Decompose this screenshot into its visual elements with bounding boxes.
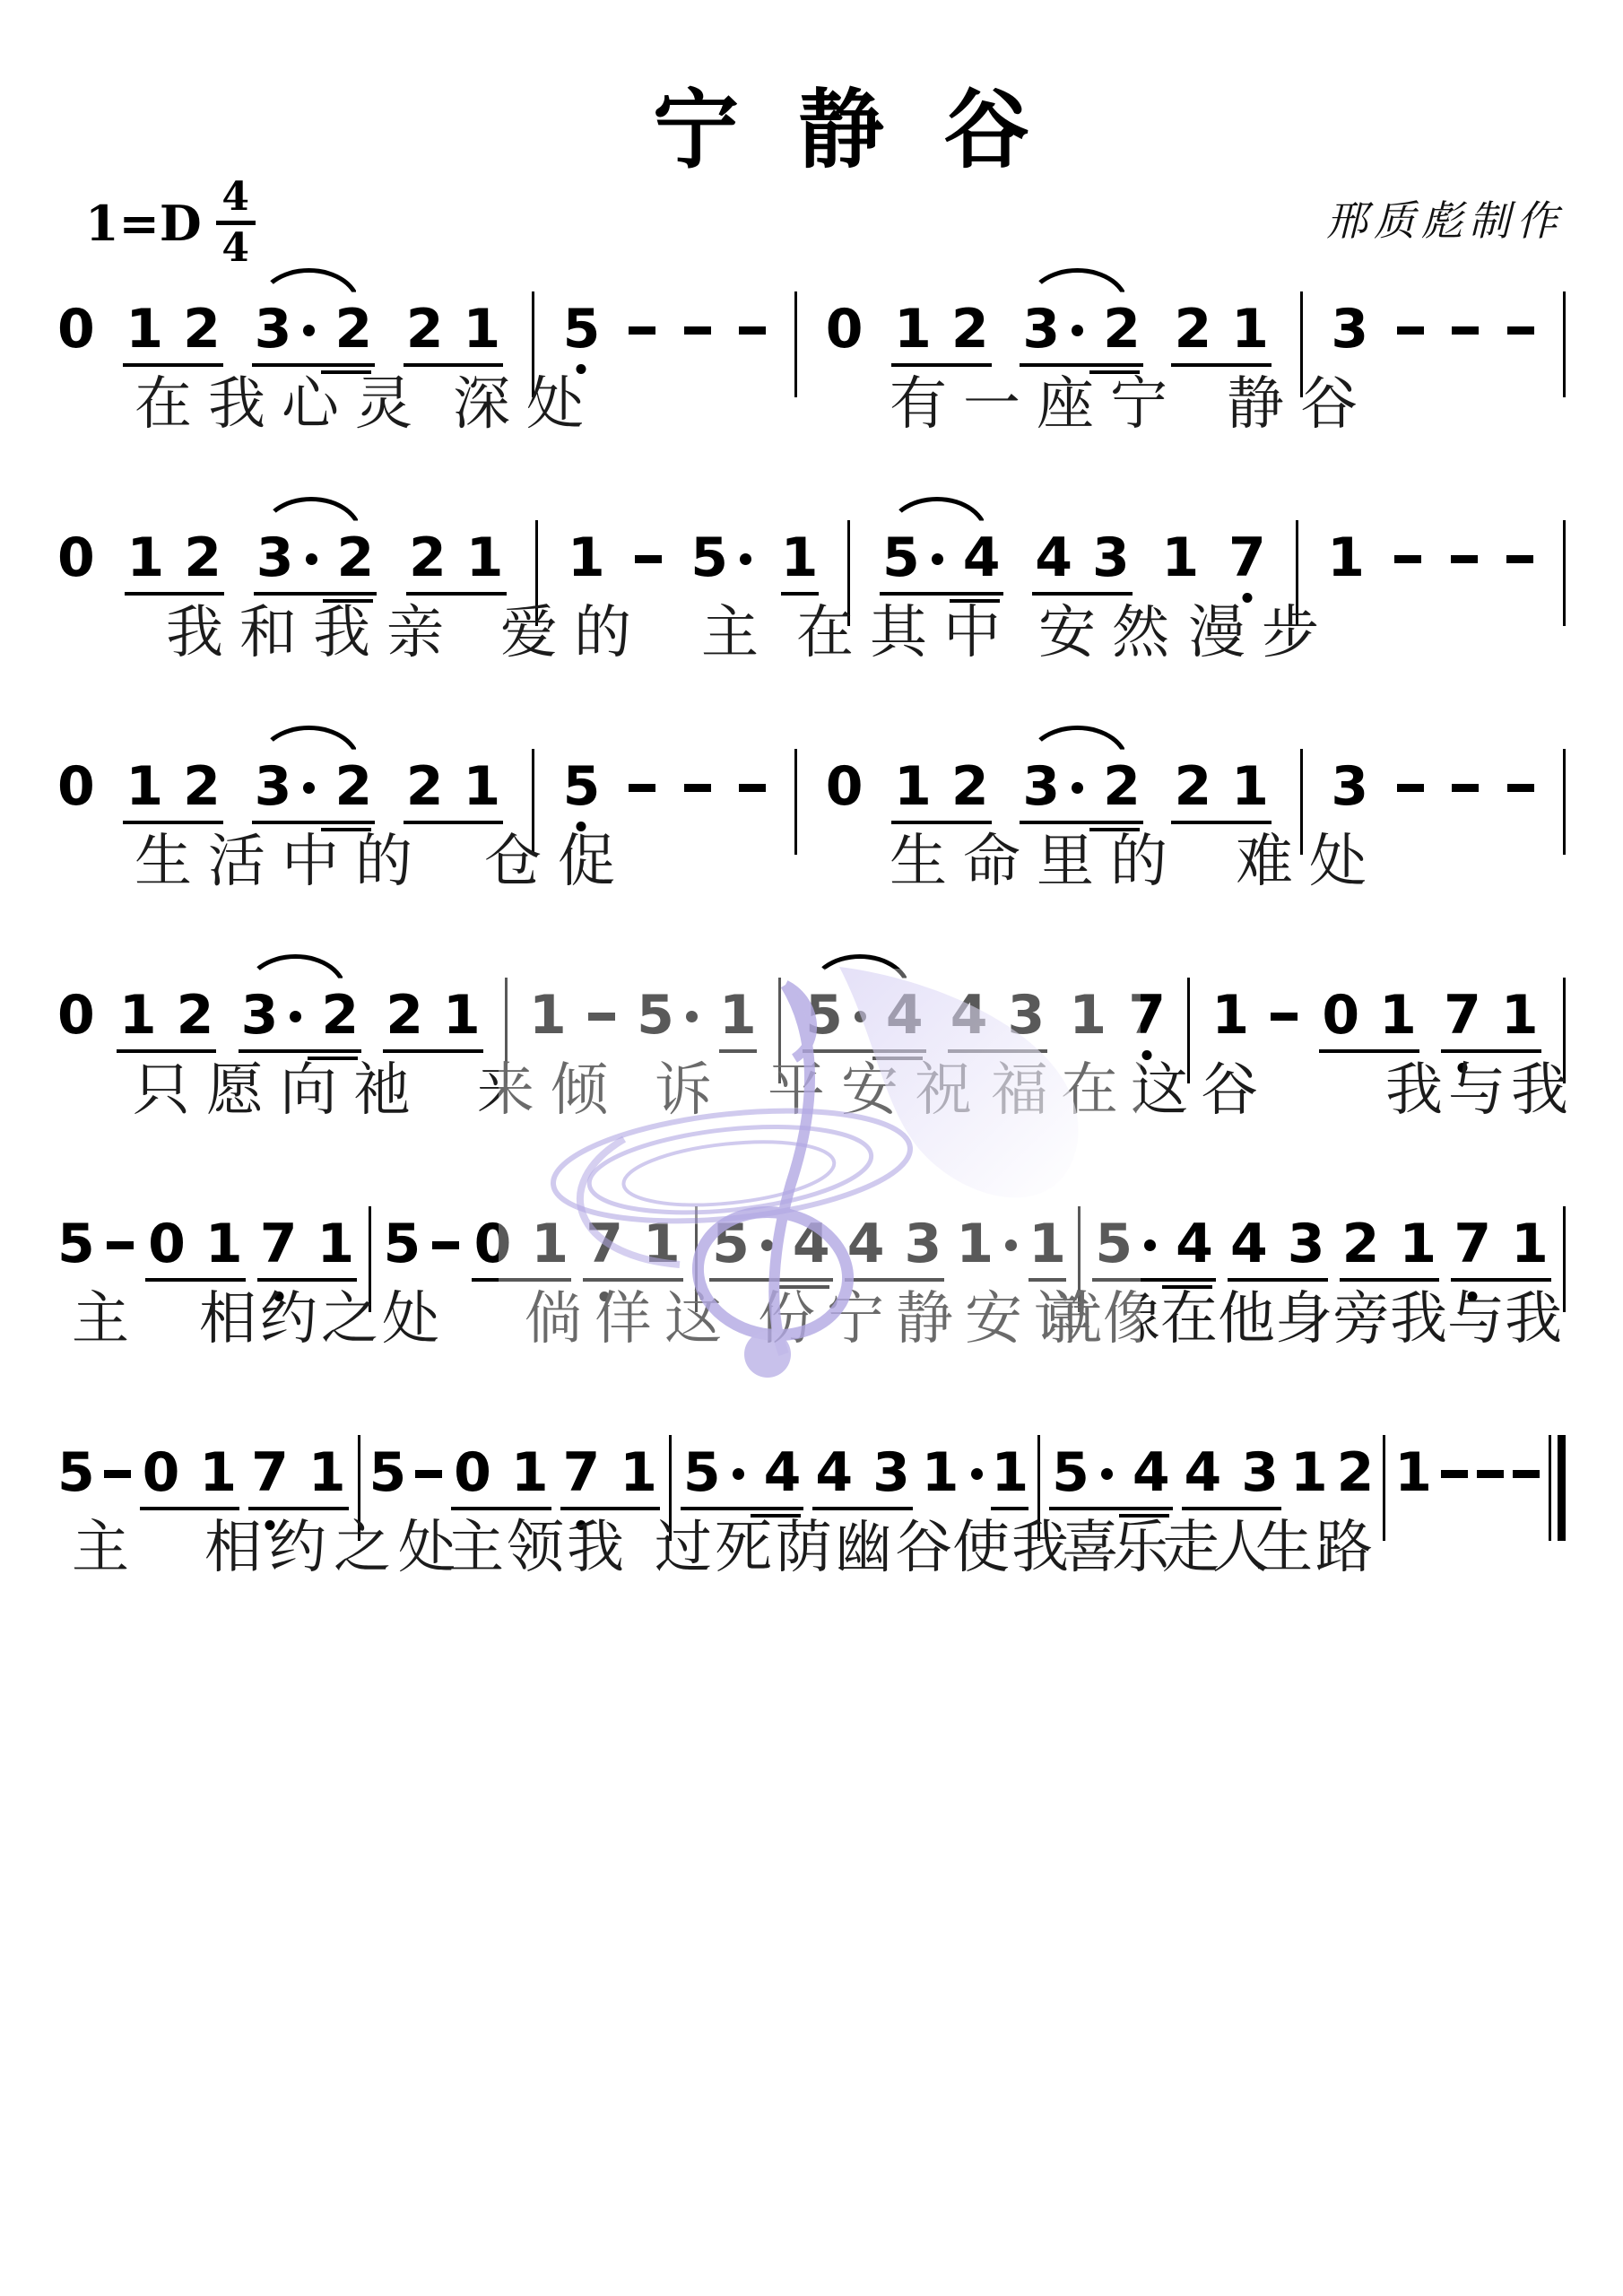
- note-1: 1: [205, 1217, 243, 1271]
- note-1: 1: [464, 302, 501, 356]
- note-1: 1: [464, 760, 501, 813]
- note-4: 4: [1230, 1217, 1268, 1271]
- note-0: 0: [57, 302, 95, 356]
- beam-group: 12: [891, 760, 992, 824]
- note-1: 1: [308, 1446, 346, 1500]
- lyric-segment: 我与我: [1385, 1058, 1574, 1125]
- note-digit: 3: [1241, 1446, 1279, 1500]
- lyric-segment: 难处: [1236, 830, 1383, 896]
- note-digit: 3: [1022, 302, 1060, 356]
- note-digit: 1: [620, 1446, 657, 1500]
- note-digit: 1: [317, 1217, 354, 1271]
- note-5: 5: [882, 531, 943, 585]
- beam-group: 32: [239, 988, 362, 1053]
- note-digit: 1: [127, 531, 165, 585]
- note-0: 0: [57, 988, 95, 1042]
- beam-group: 21: [1171, 302, 1271, 367]
- note-digit: 2: [184, 531, 221, 585]
- note-7: 7: [260, 1217, 298, 1271]
- note-5: 5: [712, 1217, 773, 1271]
- beam-group: 54: [880, 531, 1003, 596]
- beam-group: 21: [1171, 760, 1271, 824]
- note-digit: 7: [1454, 1217, 1491, 1271]
- note-1: 1: [620, 1446, 657, 1500]
- note-digit: 2: [177, 988, 214, 1042]
- beam-group: 01: [145, 1217, 246, 1282]
- note-1: 1: [466, 531, 504, 585]
- note-digit: 1: [1379, 988, 1417, 1042]
- beam-group: 54: [803, 988, 926, 1053]
- note-digit: 2: [951, 302, 989, 356]
- lyric-segment: 生命里的: [890, 830, 1184, 896]
- dash-extension: [684, 326, 711, 335]
- note-digit: 3: [256, 531, 294, 585]
- note-0: 0: [57, 760, 95, 813]
- note-3: 3: [1331, 760, 1368, 813]
- note-1: 1: [1069, 988, 1107, 1042]
- note-3: 3: [1022, 760, 1083, 813]
- note-digit: 1: [531, 1217, 568, 1271]
- augmentation-dot: [303, 782, 315, 794]
- beam-group: 12: [891, 302, 992, 367]
- augmentation-dot: [740, 553, 751, 565]
- lyric-segment: 平安祝: [768, 1058, 988, 1125]
- note-digit: 2: [409, 531, 447, 585]
- lyrics-row: 我和我亲爱的主在其中安然漫步: [0, 601, 1623, 676]
- beam-group: 12: [123, 760, 223, 824]
- note-1: 1: [529, 988, 567, 1042]
- beam-group: 54: [1092, 1217, 1216, 1282]
- augmentation-dot: [761, 1239, 773, 1251]
- beam-group: 12: [117, 988, 217, 1053]
- dash-extension: [1507, 326, 1534, 335]
- system-3: 0123221501232213生活中的仓促生命里的难处: [0, 760, 1623, 966]
- dash-extension: [1513, 1470, 1540, 1478]
- note-digit: 0: [148, 1217, 186, 1271]
- note-2: 2: [334, 302, 372, 356]
- note-1: 1: [1379, 988, 1417, 1042]
- note-1: 1: [1394, 1446, 1432, 1500]
- note-1: 1: [1231, 302, 1269, 356]
- lyrics-row: 生活中的仓促生命里的难处: [0, 830, 1623, 905]
- note-1: 1: [119, 988, 157, 1042]
- note-digit: 0: [57, 531, 95, 585]
- augmentation-dot: [932, 553, 943, 565]
- note-3: 3: [255, 760, 316, 813]
- note-0: 0: [454, 1446, 491, 1500]
- note-1: 1: [1028, 1217, 1066, 1282]
- note-digit: 2: [406, 760, 444, 813]
- composer-credit: 邢质彪制作: [1326, 188, 1564, 248]
- note-digit: 4: [847, 1217, 885, 1271]
- note-digit: 3: [1288, 1217, 1325, 1271]
- beam-group: 43: [845, 1217, 945, 1282]
- augmentation-dot: [733, 1468, 744, 1480]
- note-digit: 3: [1092, 531, 1130, 585]
- note-digit: 1: [126, 760, 163, 813]
- beam-group: 43: [812, 1446, 913, 1510]
- beam-group: 43: [1032, 531, 1133, 596]
- note-digit: 7: [260, 1217, 298, 1271]
- note-2: 2: [1174, 760, 1211, 813]
- note-3: 3: [872, 1446, 910, 1500]
- note-3: 3: [1092, 531, 1130, 585]
- dash-extension: [1394, 555, 1421, 563]
- note-5: 5: [683, 1446, 744, 1500]
- lyric-segment: 诉: [655, 1058, 728, 1125]
- beam-group: 32: [252, 760, 376, 824]
- note-1: 1: [126, 302, 163, 356]
- lyric-segment: 相约之处: [199, 1287, 443, 1353]
- beam-group: 21: [404, 302, 504, 367]
- note-5: 5: [57, 1446, 95, 1500]
- lyric-segment: 主领我: [447, 1516, 627, 1582]
- time-signature: 4 4: [216, 178, 256, 268]
- beam-group: 71: [560, 1446, 661, 1510]
- note-1: 1: [511, 1446, 549, 1500]
- note-digit: 5: [805, 988, 843, 1042]
- note-digit: 1: [205, 1217, 243, 1271]
- note-digit: 5: [57, 1446, 95, 1500]
- lyric-segment: 主: [72, 1516, 145, 1582]
- augmentation-dot: [1144, 1239, 1156, 1251]
- note-1: 1: [991, 1446, 1028, 1510]
- note-digit: 1: [1211, 988, 1249, 1042]
- dash-extension: [684, 784, 711, 792]
- dash-extension: [1271, 1013, 1298, 1021]
- note-digit: 2: [386, 988, 423, 1042]
- note-digit: 4: [886, 988, 924, 1042]
- note-7: 7: [251, 1446, 289, 1500]
- note-2: 2: [337, 531, 375, 585]
- augmentation-dot: [303, 325, 315, 336]
- page-title: 宁静谷: [0, 83, 1623, 178]
- note-digit: 1: [1290, 1446, 1328, 1500]
- note-digit: 2: [951, 760, 989, 813]
- dash-extension: [1507, 784, 1534, 792]
- note-0: 0: [826, 760, 864, 813]
- note-digit: 5: [882, 531, 920, 585]
- note-digit: 1: [511, 1446, 549, 1500]
- lyric-segment: 静谷: [1227, 372, 1374, 439]
- note-3: 3: [1288, 1217, 1325, 1271]
- lyric-segment: 生路: [1255, 1516, 1376, 1582]
- note-digit: 5: [712, 1217, 750, 1271]
- beam-group: 01: [1319, 988, 1419, 1053]
- beam-group: 21: [406, 531, 507, 596]
- beam-group: 21: [383, 988, 483, 1053]
- note-digit: 5: [563, 760, 601, 813]
- note-1: 1: [894, 302, 932, 356]
- note-5: 5: [563, 302, 601, 356]
- augmentation-dot: [1005, 1239, 1017, 1251]
- note-3: 3: [256, 531, 317, 585]
- note-4: 4: [1185, 1446, 1222, 1500]
- note-digit: 0: [57, 760, 95, 813]
- note-digit: 5: [369, 1446, 406, 1500]
- note-2: 2: [406, 760, 444, 813]
- augmentation-dot: [306, 553, 317, 565]
- note-digit: 7: [1444, 988, 1481, 1042]
- note-digit: 0: [454, 1446, 491, 1500]
- note-digit: 4: [1176, 1217, 1213, 1271]
- note-digit: 4: [815, 1446, 853, 1500]
- augmentation-dot: [290, 1011, 301, 1022]
- note-digit: 2: [321, 988, 359, 1042]
- note-digit: 5: [690, 531, 728, 585]
- note-1: 1: [1162, 531, 1200, 585]
- note-digit: 7: [586, 1217, 623, 1271]
- note-digit: 4: [1185, 1446, 1222, 1500]
- note-1: 1: [894, 760, 932, 813]
- time-signature-numerator: 4: [221, 178, 249, 217]
- note-4: 4: [764, 1446, 802, 1500]
- system-2: 01232211515443171我和我亲爱的主在其中安然漫步: [0, 531, 1623, 737]
- note-digit: 3: [1331, 302, 1368, 356]
- note-digit: 1: [529, 988, 567, 1042]
- note-digit: 1: [922, 1446, 959, 1500]
- note-1: 1: [1511, 1217, 1549, 1271]
- note-2: 2: [1103, 302, 1141, 356]
- note-digit: 1: [1231, 302, 1269, 356]
- note-digit: 5: [57, 1217, 95, 1271]
- note-3: 3: [1331, 302, 1368, 356]
- note-digit: 4: [1035, 531, 1072, 585]
- note-2: 2: [183, 760, 221, 813]
- note-digit: 1: [119, 988, 157, 1042]
- dash-extension: [629, 326, 655, 335]
- note-2: 2: [1174, 302, 1211, 356]
- note-digit: 7: [1128, 988, 1166, 1042]
- note-7: 7: [586, 1217, 623, 1271]
- note-1: 1: [1327, 531, 1365, 585]
- note-4: 4: [1176, 1217, 1213, 1271]
- note-digit: 1: [308, 1446, 346, 1500]
- note-digit: 1: [956, 1217, 994, 1271]
- note-4: 4: [1035, 531, 1072, 585]
- note-digit: 0: [143, 1446, 180, 1500]
- lyric-segment: 我喜乐走人: [1011, 1516, 1263, 1582]
- lyric-segment: 福在这谷: [991, 1058, 1271, 1125]
- note-7: 7: [1454, 1217, 1491, 1271]
- beam-group: 32: [1020, 302, 1143, 367]
- lyrics-row: 主相约之处主领我过死荫幽谷使我喜乐走人生路: [0, 1516, 1623, 1591]
- note-digit: 3: [872, 1446, 910, 1500]
- note-1: 1: [568, 531, 605, 585]
- note-digit: 7: [563, 1446, 601, 1500]
- note-1: 1: [126, 760, 163, 813]
- dash-extension: [1477, 1470, 1504, 1478]
- note-1: 1: [531, 1217, 568, 1271]
- note-1: 1: [317, 1217, 354, 1271]
- note-2: 2: [386, 988, 423, 1042]
- note-3: 3: [1241, 1446, 1279, 1500]
- note-digit: 4: [764, 1446, 802, 1500]
- note-digit: 1: [1327, 531, 1365, 585]
- note-2: 2: [1342, 1217, 1380, 1271]
- beam-group: 71: [1451, 1217, 1551, 1282]
- note-5: 5: [1052, 1446, 1113, 1500]
- note-5: 5: [805, 988, 866, 1042]
- beam-group: 01: [472, 1217, 572, 1282]
- dash-extension: [104, 1470, 131, 1478]
- dash-extension: [432, 1241, 459, 1249]
- note-digit: 2: [183, 302, 221, 356]
- note-digit: 3: [255, 760, 292, 813]
- note-digit: 1: [1501, 988, 1539, 1042]
- note-digit: 4: [793, 1217, 830, 1271]
- note-digit: 4: [950, 988, 988, 1042]
- note-2: 2: [184, 531, 221, 585]
- note-3: 3: [241, 988, 302, 1042]
- beam-group: 71: [583, 1217, 683, 1282]
- lyric-segment: 生活中的: [135, 830, 429, 896]
- note-digit: 1: [199, 1446, 237, 1500]
- note-digit: 1: [643, 1217, 681, 1271]
- note-5: 5: [57, 1217, 95, 1271]
- dash-extension: [635, 555, 662, 563]
- note-1: 1: [781, 531, 819, 596]
- note-digit: 5: [1052, 1446, 1089, 1500]
- note-0: 0: [148, 1217, 186, 1271]
- note-digit: 7: [1228, 531, 1266, 585]
- dash-extension: [1451, 555, 1478, 563]
- note-digit: 1: [1028, 1217, 1066, 1271]
- note-digit: 4: [1133, 1446, 1170, 1500]
- note-digit: 7: [251, 1446, 289, 1500]
- lyric-segment: 相约之处: [204, 1516, 463, 1582]
- note-3: 3: [904, 1217, 942, 1271]
- beam-group: 71: [1441, 988, 1541, 1053]
- beam-group: 32: [252, 302, 376, 367]
- note-1: 1: [1501, 988, 1539, 1042]
- note-4: 4: [886, 988, 924, 1042]
- note-digit: 1: [991, 1446, 1028, 1500]
- note-digit: 3: [241, 988, 279, 1042]
- note-5: 5: [369, 1446, 406, 1500]
- augmentation-dot: [855, 1011, 866, 1022]
- beam-group: 12: [123, 302, 223, 367]
- note-digit: 2: [183, 760, 221, 813]
- dash-extension: [629, 784, 655, 792]
- lyric-segment: 过死荫幽谷: [655, 1516, 955, 1582]
- lyric-segment: 主: [701, 601, 775, 667]
- note-1: 1: [127, 531, 165, 585]
- beam-group: 21: [1340, 1217, 1440, 1282]
- dash-extension: [1506, 555, 1533, 563]
- beam-group: 21: [404, 760, 504, 824]
- note-digit: 1: [719, 988, 757, 1042]
- note-digit: 1: [1394, 1446, 1432, 1500]
- beam-group: 71: [257, 1217, 358, 1282]
- note-digit: 2: [1174, 302, 1211, 356]
- dash-extension: [1452, 326, 1479, 335]
- note-0: 0: [57, 531, 95, 585]
- dash-extension: [1452, 784, 1479, 792]
- beam-group: 54: [1049, 1446, 1173, 1510]
- note-5: 5: [563, 760, 601, 813]
- note-7: 7: [1228, 531, 1266, 585]
- note-digit: 0: [474, 1217, 512, 1271]
- note-digit: 1: [466, 531, 504, 585]
- note-1: 1: [1399, 1217, 1436, 1271]
- beam-group: 54: [709, 1217, 833, 1282]
- note-2: 2: [409, 531, 447, 585]
- beam-group: 32: [254, 531, 378, 596]
- note-2: 2: [321, 988, 359, 1042]
- sheet-music-page: { "page": {"background": "#ffffff", "tex…: [0, 0, 1623, 2296]
- note-digit: 1: [1069, 988, 1107, 1042]
- system-4: 012322115154431710171只愿向祂来倾诉平安祝福在这谷我与我: [0, 988, 1623, 1195]
- augmentation-dot: [971, 1468, 983, 1480]
- note-digit: 0: [57, 988, 95, 1042]
- lyric-segment: 漫步: [1188, 601, 1335, 667]
- note-7: 7: [563, 1446, 601, 1500]
- note-digit: 3: [904, 1217, 942, 1271]
- beam-group: 32: [1020, 760, 1143, 824]
- note-1: 1: [1231, 760, 1269, 813]
- augmentation-dot: [686, 1011, 698, 1022]
- beam-group: 71: [248, 1446, 349, 1510]
- note-digit: 1: [894, 302, 932, 356]
- note-digit: 1: [1231, 760, 1269, 813]
- note-4: 4: [847, 1217, 885, 1271]
- note-digit: 2: [1103, 760, 1141, 813]
- dash-extension: [415, 1470, 442, 1478]
- lyrics-row: 主相约之处倘佯这份宁静安详就像在他身旁我与我: [0, 1287, 1623, 1362]
- note-digit: 1: [443, 988, 481, 1042]
- note-digit: 1: [1399, 1217, 1436, 1271]
- lyric-segment: 爱的: [500, 601, 647, 667]
- note-1: 1: [922, 1446, 983, 1500]
- dash-extension: [1397, 784, 1424, 792]
- note-4: 4: [950, 988, 988, 1042]
- note-digit: 1: [126, 302, 163, 356]
- key-signature: 1=D: [85, 199, 202, 248]
- beam-group: 54: [681, 1446, 804, 1510]
- note-2: 2: [1337, 1446, 1375, 1500]
- note-digit: 2: [1103, 302, 1141, 356]
- note-1: 1: [199, 1446, 237, 1500]
- note-2: 2: [406, 302, 444, 356]
- augmentation-dot: [1072, 782, 1083, 794]
- system-5: 501715017154431154432171主相约之处倘佯这份宁静安详就像在…: [0, 1217, 1623, 1423]
- note-1: 1: [1211, 988, 1249, 1042]
- note-digit: 1: [568, 531, 605, 585]
- note-4: 4: [815, 1446, 853, 1500]
- time-signature-denominator: 4: [221, 229, 249, 268]
- dash-extension: [588, 1013, 615, 1021]
- note-4: 4: [793, 1217, 830, 1271]
- note-digit: 2: [1174, 760, 1211, 813]
- beam-group: 12: [125, 531, 225, 596]
- note-digit: 1: [1511, 1217, 1549, 1271]
- note-digit: 3: [255, 302, 292, 356]
- note-4: 4: [963, 531, 1001, 585]
- note-1: 1: [443, 988, 481, 1042]
- note-digit: 0: [826, 302, 864, 356]
- system-6: 50171501715443115443121主相约之处主领我过死荫幽谷使我喜乐…: [0, 1446, 1623, 1652]
- note-3: 3: [1022, 302, 1083, 356]
- note-digit: 0: [1322, 988, 1359, 1042]
- note-0: 0: [474, 1217, 512, 1271]
- note-3: 3: [1007, 988, 1045, 1042]
- dash-extension: [739, 326, 766, 335]
- note-2: 2: [334, 760, 372, 813]
- note-digit: 3: [1022, 760, 1060, 813]
- dash-extension: [1441, 1470, 1468, 1478]
- note-digit: 5: [384, 1217, 421, 1271]
